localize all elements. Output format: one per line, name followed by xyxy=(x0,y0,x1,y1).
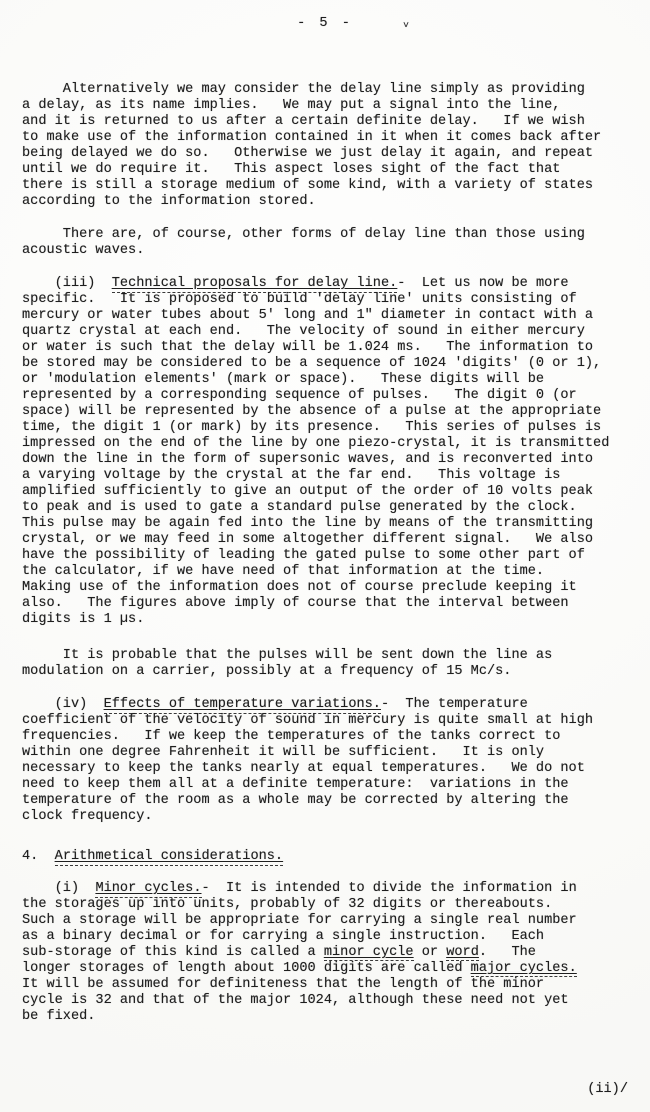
list-marker: (iii) xyxy=(22,276,112,291)
paragraph-alternatively: Alternatively we may consider the delay … xyxy=(22,82,638,210)
page-footer-continuation: (ii)/ xyxy=(22,1082,628,1098)
section-heading: 4. Arithmetical considerations. xyxy=(22,849,638,865)
list-marker: (iv) xyxy=(22,697,104,712)
paragraph-text: It is probable that the pulses will be s… xyxy=(22,648,552,679)
paragraph-text: - Let us now be more specific. It is pro… xyxy=(22,276,609,627)
defined-term: minor cycle xyxy=(324,945,414,961)
paragraph-text: - The temperature coefficient of the vel… xyxy=(22,697,593,824)
stray-ink-mark: ˅ xyxy=(403,19,409,35)
paragraph-text: or xyxy=(414,945,447,960)
spacer xyxy=(38,849,54,864)
document-page: - 5 - ˅ Alternatively we may consider th… xyxy=(0,0,650,1112)
subsection-title: Technical proposals for delay line. xyxy=(112,276,398,293)
paragraph-other-forms: There are, of course, other forms of del… xyxy=(22,227,638,259)
defined-term: major cycles. xyxy=(471,961,577,977)
paragraph-text: Alternatively we may consider the delay … xyxy=(22,82,601,209)
paragraph-temperature: (iv) Effects of temperature variations.-… xyxy=(22,697,638,825)
section-title: Arithmetical considerations. xyxy=(55,849,283,866)
paragraph-probable-pulses: It is probable that the pulses will be s… xyxy=(22,648,638,680)
defined-term: word xyxy=(446,945,479,961)
paragraph-minor-cycles: (i) Minor cycles.- It is intended to div… xyxy=(22,881,638,1025)
section-number: 4. xyxy=(22,849,38,864)
page-body: Alternatively we may consider the delay … xyxy=(22,82,638,1042)
subsection-title: Minor cycles. xyxy=(95,881,201,898)
paragraph-text: It will be assumed for definiteness that… xyxy=(22,977,569,1024)
paragraph-technical-proposals: (iii) Technical proposals for delay line… xyxy=(22,276,638,628)
list-marker: (i) xyxy=(22,881,95,896)
subsection-title: Effects of temperature variations. xyxy=(104,697,381,714)
paragraph-text: There are, of course, other forms of del… xyxy=(22,227,585,258)
page-number: - 5 - xyxy=(0,16,650,32)
